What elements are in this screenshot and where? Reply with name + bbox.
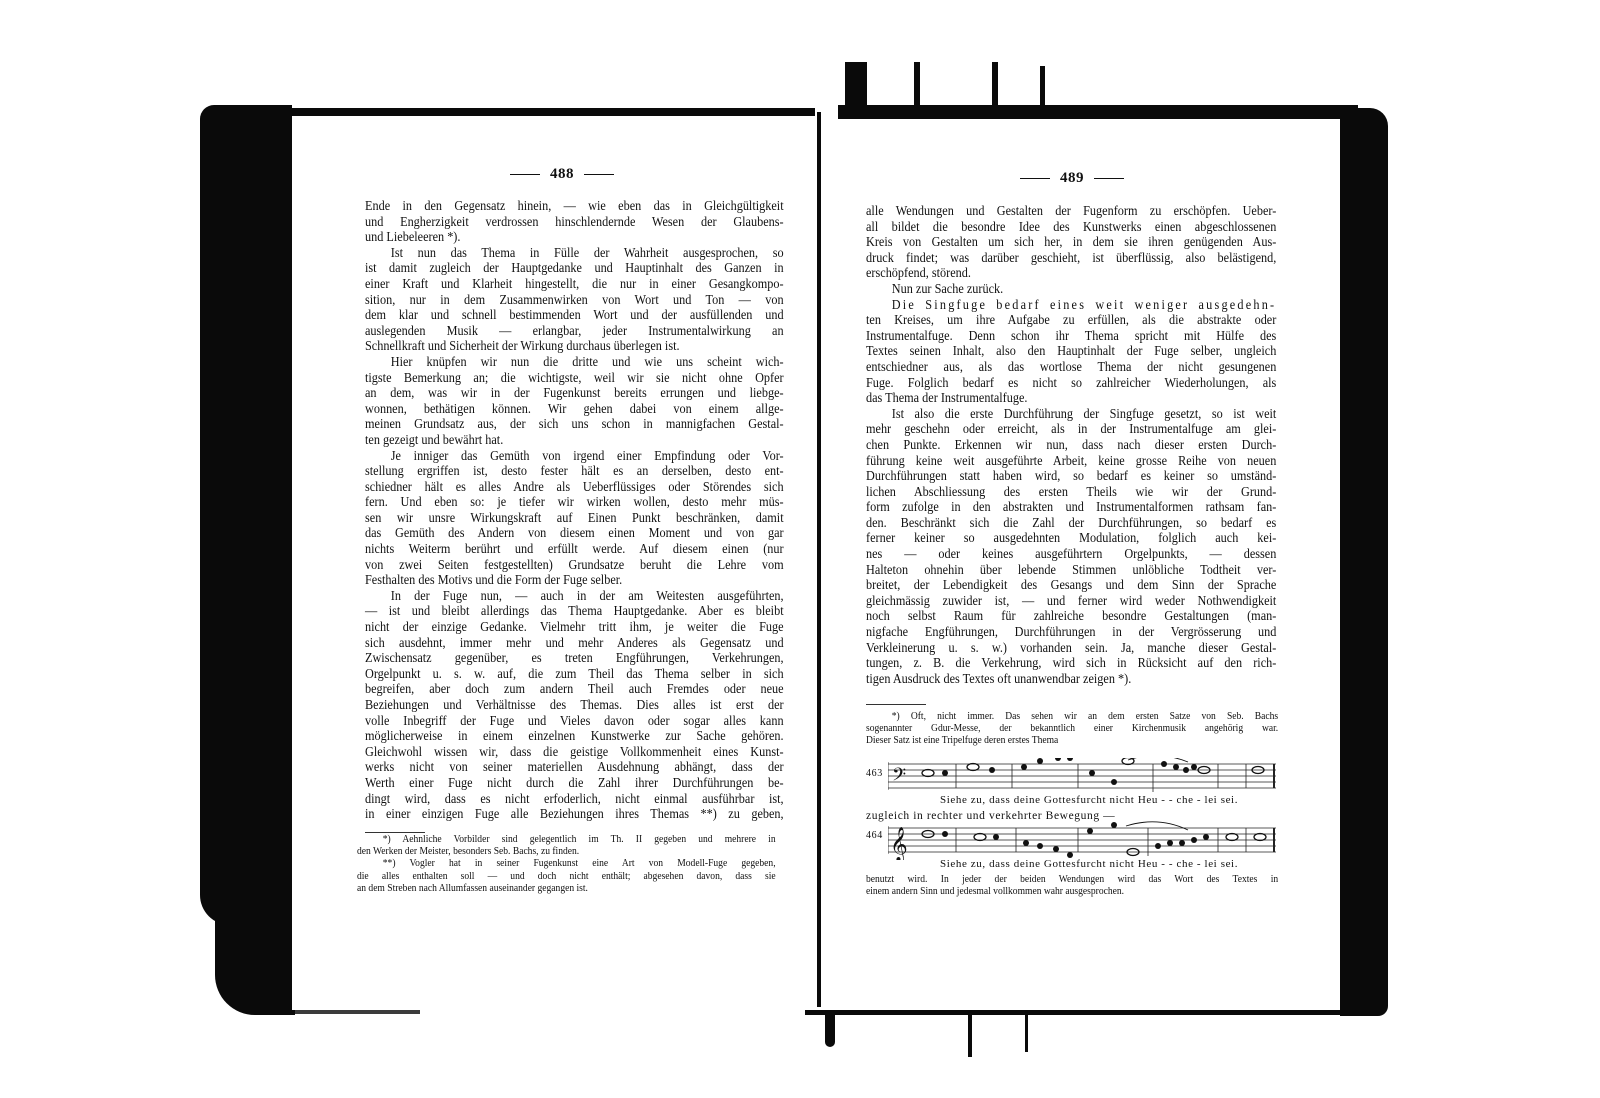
right-cover-edge [1340,108,1388,1016]
text-line: ist damit zugleich der Hauptgedanke und … [365,260,784,276]
text-line: nichts Weiterm berührt und erfüllt werde… [365,541,784,557]
text-line: Schnellkraft und Sicherheit der Wirkung … [365,338,784,354]
right-top-tab-1 [845,62,867,112]
text-line: Fuge. Folglich bedarf es nicht so zahlre… [866,375,1276,391]
text-line: mehr geschehn oder erreicht, als in der … [866,421,1276,437]
music-staff-treble-icon: 𝄞 [888,820,1278,860]
text-line: Ist nun das Thema in Fülle der Wahrheit … [365,245,784,261]
example-lyrics: Siehe zu, dass deine Gottesfurcht nicht … [940,858,1238,870]
text-line: einer Kraft und Klarheit hingestellt, di… [365,276,784,292]
text-line: Beziehungen und Verhältnisse des Themas.… [365,697,784,713]
text-line: Orgelpunkt u. s. w. auf, die zum Theil d… [365,666,784,682]
text-line: Je inniger das Gemüth von irgend einer E… [365,448,784,464]
text-line: ten gezeigt und bewährt hat. [365,432,784,448]
text-line: nicht der einzige Gedanke. Vielmehr trit… [365,619,784,635]
text-line: volle Inbegriff der Fuge und Vieles davo… [365,713,784,729]
right-footnote-rule [866,704,926,705]
text-line: Gleichwohl wissen wir, dass die geistige… [365,744,784,760]
text-line: dem klar und schnell bestimmenden Wort u… [365,307,784,323]
text-line: entschiedner aus, als das wortlose Thema… [866,359,1276,375]
right-bottom-edge [805,1010,1345,1015]
text-line: fern. Und eben so: je tiefer wir wirken … [365,494,784,510]
text-line: sition, nur in dem Zusammenwirken von Wo… [365,292,784,308]
text-line: benutzt wird. In jeder der beiden Wendun… [866,874,1278,886]
right-bottom-drip-3 [1025,1012,1028,1052]
example-number: 463 [866,768,883,779]
text-line: begreifen, aber doch zum andern Theil au… [365,681,784,697]
svg-text:𝄢: 𝄢 [892,764,906,789]
example-number: 464 [866,830,883,841]
text-line: druck findet; was darüber geschieht, ist… [866,250,1276,266]
left-page-number: 488 [492,166,632,183]
text-line: gleichmässig zuwider ist, — und ferner w… [866,593,1276,609]
text-line: sich ausdehnt, immer mehr und mehr Ander… [365,635,784,651]
text-line: schiedner hält es alles Andre als Ueberf… [365,479,784,495]
text-line: an dem Streben nach Allumfassen auseinan… [357,883,776,895]
right-top-tab-2 [914,62,920,112]
text-line: all bildet die besondre Idee des Kunstwe… [866,219,1276,235]
text-line: und Liebeleeren *). [365,229,784,245]
text-line: dingt wird, dass es nicht erfoderlich, n… [365,791,784,807]
text-line: nes — oder keines ausgeführtern Orgelpun… [866,546,1276,562]
text-line: noch selbst Raum für zahlreiche besondre… [866,608,1276,624]
text-line: sen wir unsre Wirkungskraft auf Einen Pu… [365,510,784,526]
text-line: Ende in den Gegensatz hinein, — wie eben… [365,198,784,214]
text-line: und Engherzigkeit verdrossen hinschlende… [365,214,784,230]
text-line: Instrumentalfuge. Denn schon ihr Thema s… [866,328,1276,344]
text-line: tungen, z. B. die Verkehrung, wird sich … [866,655,1276,671]
text-line: die alles enthalten soll — und doch nich… [357,871,776,883]
music-staff-bass-icon: 𝄢 [888,758,1278,794]
right-top-tab-4 [1040,66,1045,112]
right-footnote-intro: *) Oft, nicht immer. Das sehen wir an de… [866,711,1278,748]
example-lyrics: Siehe zu, dass deine Gottesfurcht nicht … [940,794,1238,806]
text-line: Textes seinen Inhalt, also den Hauptinha… [866,343,1276,359]
text-line: das Gemüth des Andern von diesem einen M… [365,525,784,541]
text-line: form zufolge in den abstrakten und Instr… [866,499,1276,515]
left-cover-bottom [215,900,295,1015]
text-line: sogenannter Gdur-Messe, der bekanntlich … [866,723,1278,735]
left-top-edge [270,108,815,116]
left-footnote-rule [365,832,425,833]
svg-text:𝄞: 𝄞 [890,827,908,860]
page-number-text: 489 [1060,170,1084,186]
text-line: breitet, der Lebendigkeit des Gesangs un… [866,577,1276,593]
text-line: werks nicht von seiner materiellen Ausde… [365,759,784,775]
text-line: Verkleinerung u. s. w.) vorhanden sein. … [866,640,1276,656]
text-line: Dieser Satz ist eine Tripelfuge deren er… [866,735,1278,747]
text-line: lichen Abschliessung des ersten Theils w… [866,484,1276,500]
text-line: **) Vogler hat in seiner Fugenkunst eine… [357,858,776,870]
text-line: Nun zur Sache zurück. [866,281,1276,297]
text-line: chen Punkte. Erkennen wir nun, dass nach… [866,437,1276,453]
text-line: den Werken der Meister, besonders Seb. B… [357,846,776,858]
text-line: Zwischensatz gegenüber, es treten Engfüh… [365,650,784,666]
text-line: Halteton ohnehin über lebende Stimmen un… [866,562,1276,578]
text-line: stellung ergriffen ist, desto fester häl… [365,463,784,479]
text-line: von zwei Seiten festgestellten) Grundsat… [365,557,784,573]
text-line: Die Singfuge bedarf eines weit weniger a… [866,297,1276,313]
left-cover-edge [200,105,292,925]
left-page-body: Ende in den Gegensatz hinein, — wie eben… [365,198,784,822]
text-line: Kreis von Gestalten um sich her, in dem … [866,234,1276,250]
right-top-tab-3 [992,62,998,112]
text-line: führung keine weit ausgeführte Arbeit, k… [866,453,1276,469]
text-line: möglicherweise in einem einzelnen Kunstw… [365,728,784,744]
right-page-body: alle Wendungen und Gestalten der Fugenfo… [866,203,1276,686]
text-line: tigste Bemerkung an; die wichtigste, wei… [365,370,784,386]
right-bottom-drip-1 [825,1012,835,1047]
text-line: wonnen, bethätigen können. Wir gehen dab… [365,401,784,417]
text-line: *) Aehnliche Vorbilder sind gelegentlich… [357,834,776,846]
text-line: Hier knüpfen wir nun die dritte und wie … [365,354,784,370]
text-line: Werth einer Fuge nicht durch die Zahl ih… [365,775,784,791]
text-line: Durchführungen statt haben wird, so beda… [866,468,1276,484]
text-line: nigfache Engführungen, Durchführungen in… [866,624,1276,640]
text-line: In der Fuge nun, — auch in der am Weites… [365,588,784,604]
text-line: den. Beschränkt sich die Zahl der Durchf… [866,515,1276,531]
page-number-text: 488 [550,166,574,182]
text-line: Ist also die erste Durchführung der Sing… [866,406,1276,422]
text-line: an dem, was wir in der Fugenkunst bereit… [365,385,784,401]
text-line: einem andern Sinn und jedesmal vollkomme… [866,886,1278,898]
text-line: alle Wendungen und Gestalten der Fugenfo… [866,203,1276,219]
text-line: Festhalten des Motivs und die Form der F… [365,572,784,588]
right-bottom-drip-2 [968,1012,972,1057]
text-line: ten Kreises, um ihre Aufgabe zu erfüllen… [866,312,1276,328]
text-line: ferner keiner so ausgedehnten Modulation… [866,530,1276,546]
left-page-footnotes: *) Aehnliche Vorbilder sind gelegentlich… [357,834,776,895]
text-line: erschöpfend, störend. [866,265,1276,281]
text-line: — ist und bleibt allerdings das Thema Ha… [365,603,784,619]
text-line: in einer einzigen Fuge alle Beziehungen … [365,806,784,822]
text-line: tigen Ausdruck des Textes oft unanwendba… [866,671,1276,687]
text-line: *) Oft, nicht immer. Das sehen wir an de… [866,711,1278,723]
text-line: das Thema der Instrumentalfuge. [866,390,1276,406]
right-page-number: 489 [1002,170,1142,187]
text-line: meinen Grundsatz aus, der sich uns schon… [365,416,784,432]
right-footnote-outro: benutzt wird. In jeder der beiden Wendun… [866,874,1278,898]
text-line: auslegenden Musik — erlangbar, jeder Ins… [365,323,784,339]
